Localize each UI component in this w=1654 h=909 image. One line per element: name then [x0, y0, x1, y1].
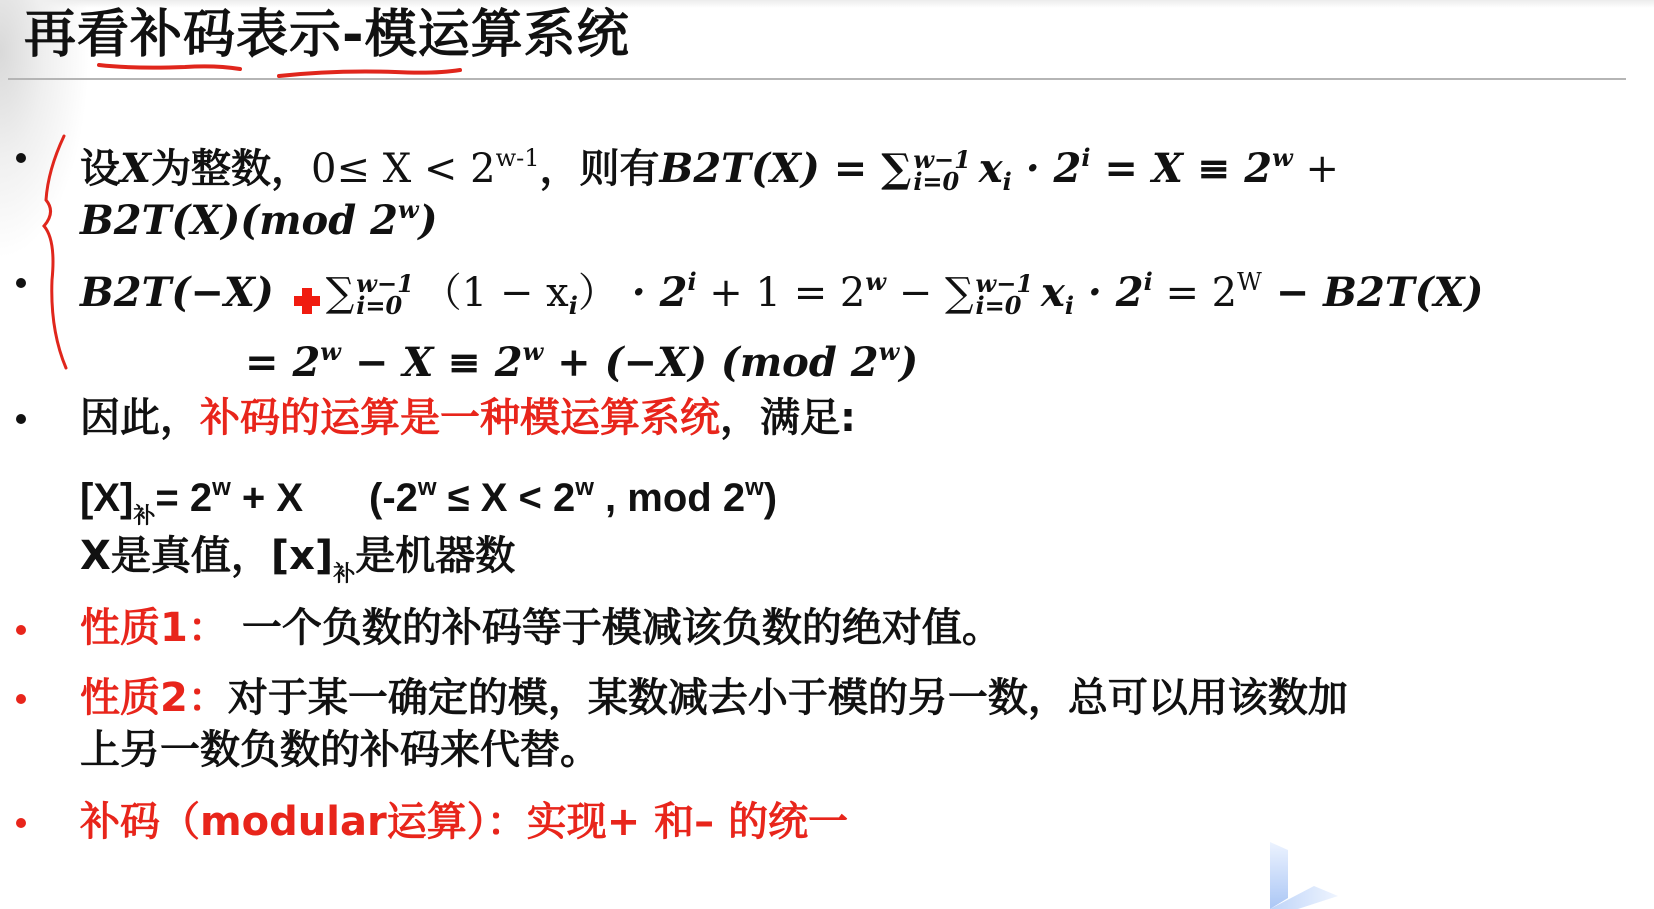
- bullet-2-line-1: B2T(−X) ∑w−1i=0（1 − xi） · 2i + 1 = 2w − …: [80, 256, 1483, 332]
- term: = 2: [155, 476, 212, 520]
- summary-text: 补码（modular运算）：实现+ 和– 的统一: [80, 799, 848, 845]
- term: = 2: [1153, 270, 1237, 316]
- term: + (−X) (mod 2: [543, 339, 878, 386]
- superscript: w: [398, 195, 419, 224]
- term: +: [1293, 146, 1339, 192]
- red-cross-cursor-icon: [294, 288, 320, 314]
- subscript: 补: [333, 562, 355, 587]
- subscript: i: [1003, 167, 1012, 196]
- text: 因此，: [80, 395, 200, 441]
- term: · 2: [1074, 269, 1144, 316]
- term: x: [979, 145, 1003, 192]
- superscript: w: [523, 337, 544, 366]
- superscript: w-1: [496, 144, 540, 172]
- superscript: w: [575, 474, 594, 501]
- term: − X ≡ 2: [341, 339, 523, 386]
- property-text: 对于某一确定的模，某数减去小于模的另一数，总可以用该数加: [228, 675, 1348, 721]
- text: ，则有: [540, 146, 660, 192]
- term: x: [1041, 269, 1065, 316]
- term: （1 − x: [422, 270, 569, 316]
- term: − B2T(X): [1262, 269, 1484, 316]
- term: ): [899, 339, 918, 386]
- term: [X]: [80, 476, 133, 520]
- property-2-line-2: 上另一数负数的补码来代替。: [80, 724, 600, 776]
- superscript: w: [418, 474, 437, 501]
- bing-logo-icon: [1268, 842, 1348, 909]
- superscript: w: [212, 474, 231, 501]
- slide-title: 再看补码表示-模运算系统: [24, 2, 630, 68]
- bullet-dot: [16, 625, 26, 635]
- superscript: w: [745, 474, 764, 501]
- formula: ): [419, 197, 438, 244]
- bullet-1-line-2: B2T(X)(mod 2w): [80, 184, 438, 247]
- highlighted-text: 补码的运算是一种模运算系统: [200, 395, 720, 441]
- term: − ∑: [886, 270, 974, 316]
- term: + 1 = 2: [697, 270, 866, 316]
- superscript: w: [320, 337, 341, 366]
- bullet-dot: [16, 818, 26, 828]
- subscript: i: [569, 291, 578, 320]
- title-divider: [8, 78, 1626, 80]
- bullet-dot: [16, 153, 26, 163]
- twos-complement-summary: 补码（modular运算）：实现+ 和– 的统一: [80, 796, 848, 848]
- bullet-3-line-1: 因此，补码的运算是一种模运算系统，满足:: [80, 392, 856, 444]
- term: = 2: [245, 339, 320, 386]
- superscript: W: [1237, 268, 1262, 296]
- property-text: 一个负数的补码等于模减该负数的绝对值。: [242, 605, 1002, 651]
- bullet-2-line-2: = 2w − X ≡ 2w + (−X) (mod 2w): [245, 326, 918, 389]
- property-label: 性质2：: [80, 675, 228, 721]
- term: ): [764, 476, 777, 520]
- term: + X: [231, 476, 303, 520]
- sum-lower: i=0: [356, 295, 413, 317]
- superscript: i: [687, 267, 696, 296]
- text: ，满足:: [720, 395, 856, 441]
- term: , mod 2: [594, 476, 745, 520]
- superscript: w: [1272, 143, 1293, 172]
- superscript: i: [1144, 267, 1153, 296]
- property-1: 性质1：一个负数的补码等于模减该负数的绝对值。: [80, 602, 1002, 654]
- text: X是真值，[x]: [80, 533, 333, 579]
- property-text: 上另一数负数的补码来代替。: [80, 727, 600, 773]
- formula: B2T(X) = ∑: [660, 145, 912, 192]
- formula: B2T(−X): [80, 269, 288, 316]
- bullet-3-line-3: X是真值，[x]补是机器数: [80, 530, 515, 601]
- sum-lower: i=0: [913, 171, 970, 193]
- superscript: w: [865, 267, 886, 296]
- bullet-dot: [16, 694, 26, 704]
- term: (-2: [369, 476, 418, 520]
- term: = X ≡ 2: [1091, 145, 1273, 192]
- subscript: 补: [133, 503, 155, 528]
- term: · 2: [1012, 145, 1082, 192]
- text: 是机器数: [355, 533, 515, 579]
- property-2-line-1: 性质2：对于某一确定的模，某数减去小于模的另一数，总可以用该数加: [80, 672, 1348, 724]
- sum-lower: i=0: [976, 295, 1033, 317]
- superscript: w: [879, 337, 900, 366]
- term: ≤ X < 2: [437, 476, 576, 520]
- subscript: i: [1065, 291, 1074, 320]
- bullet-dot: [16, 414, 26, 424]
- formula: B2T(X)(mod 2: [80, 197, 398, 244]
- term: · 2: [618, 269, 688, 316]
- property-label: 性质1：: [80, 605, 228, 651]
- sum-symbol: ∑: [326, 270, 355, 316]
- term: ）: [578, 270, 618, 316]
- bullet-dot: [16, 278, 26, 288]
- superscript: i: [1081, 143, 1090, 172]
